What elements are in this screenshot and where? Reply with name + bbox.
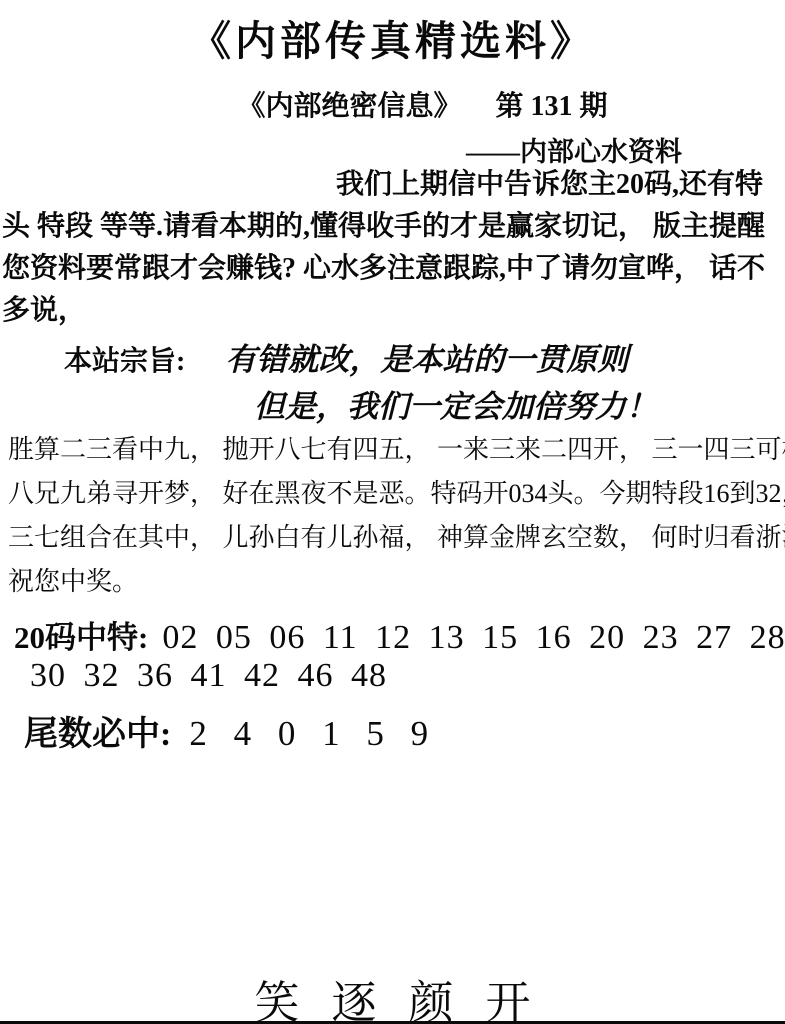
- picks-20-label: 20码中特:: [14, 620, 148, 655]
- poem-line: 八兄九弟寻开梦， 好在黑夜不是恶。特码开034头。今期特段16到32，: [8, 472, 783, 516]
- footer-slogan: 笑逐颜开: [0, 966, 785, 1024]
- motto-label: 本站宗旨:: [64, 339, 185, 379]
- intro-paragraph: 我们上期信中告诉您主20码,还有特 头 特段 等等.请看本期的,懂得收手的才是赢…: [2, 164, 785, 332]
- intro-line: 您资料要常跟才会赚钱? 心水多注意跟踪,中了请勿宣哗， 话不: [2, 248, 785, 290]
- tail-digits-label: 尾数必中:: [24, 716, 171, 753]
- tail-digits-row: 尾数必中: 2 4 0 1 5 9: [24, 706, 429, 755]
- poem-line: 胜算二三看中九， 抛开八七有四五， 一来三来二四开， 三一四三可相连: [8, 428, 783, 472]
- tail-digits: 2 4 0 1 5 9: [189, 714, 429, 753]
- fax-document-page: 《内部传真精选料》 《内部绝密信息》 第 131 期 ——内部心水资料 我们上期…: [0, 0, 785, 1024]
- intro-line: 多说，: [2, 290, 785, 332]
- picks-20-row: 20码中特: 02 05 06 11 12 13 15 16 20 23 27 …: [14, 612, 785, 657]
- picks-20-numbers-line2: 30 32 36 41 42 46 48: [30, 657, 387, 694]
- page-title: 《内部传真精选料》: [0, 8, 785, 67]
- intro-line: 我们上期信中告诉您主20码,还有特: [2, 164, 785, 206]
- poem-line: 祝您中奖。: [8, 560, 783, 604]
- picks-20-row-continued: 30 32 36 41 42 46 48: [30, 657, 387, 695]
- motto-row: 本站宗旨: 有错就改，是本站的一贯原则: [0, 334, 628, 379]
- subtitle-row: 《内部绝密信息》 第 131 期: [30, 84, 785, 124]
- issue-number: 第 131 期: [496, 84, 608, 124]
- subtitle-text: 《内部绝密信息》: [237, 84, 461, 124]
- picks-20-numbers-line1: 02 05 06 11 12 13 15 16 20 23 27 28 29: [162, 619, 785, 656]
- motto-line-1: 有错就改，是本站的一贯原则: [225, 334, 628, 379]
- poem-paragraph: 胜算二三看中九， 抛开八七有四五， 一来三来二四开， 三一四三可相连 八兄九弟寻…: [8, 428, 783, 604]
- motto-line-2: 但是，我们一定会加倍努力！: [254, 381, 657, 426]
- poem-line: 三七组合在其中， 儿孙白有儿孙福， 神算金牌玄空数， 何时归看浙江潮。: [8, 516, 783, 560]
- intro-line: 头 特段 等等.请看本期的,懂得收手的才是赢家切记， 版主提醒: [2, 206, 785, 248]
